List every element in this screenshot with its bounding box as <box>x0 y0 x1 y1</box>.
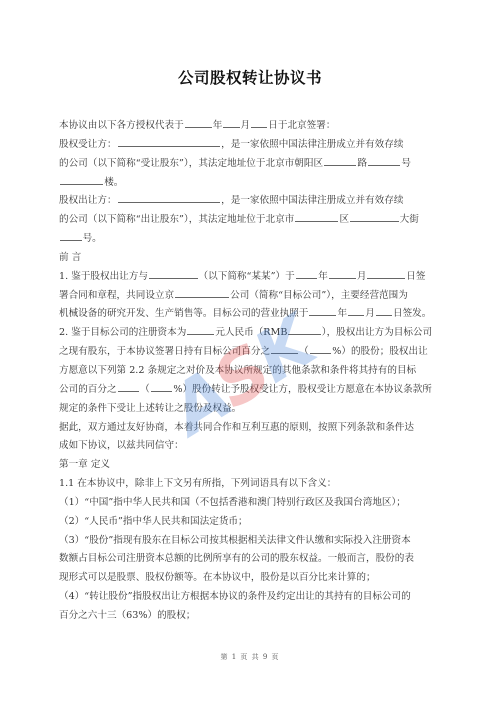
line-text: %）股份转让予股权受让方，股权受让方愿意在本协议条款所 <box>173 384 432 395</box>
document-title: 公司股权转让协议书 <box>0 66 500 88</box>
document-line: 方愿意以下列第 2.2 条规定之对价及本协议所规定的其他条款和条件将其持有的目标 <box>59 362 451 381</box>
document-line: 1. 鉴于股权出让方与（以下简称“某某”）于年月日签 <box>59 268 451 287</box>
document-line: 第一章 定义 <box>59 456 451 475</box>
line-text: 之现有股东，于本协议签署日持有目标公司百分之 <box>59 346 270 357</box>
document-line: 前 言 <box>59 249 451 268</box>
line-text: 年 <box>337 308 347 319</box>
line-text: 现形式可以是股票、股权份额等。在本协议中，股份是以百分比来计算的； <box>59 572 376 583</box>
line-text: （ <box>299 346 309 357</box>
line-text: 成如下协议，以兹共同信守： <box>59 440 184 451</box>
document-line: 本协议由以下各方授权代表于年月日于北京签署： <box>59 117 451 136</box>
line-text: 公司（简称“目标公司”），主要经营范围为 <box>230 290 408 301</box>
fill-in-blank <box>271 343 298 354</box>
line-text: ），股权出让方为目标公司 <box>322 327 432 338</box>
fill-in-blank <box>251 117 267 128</box>
fill-in-blank <box>185 117 212 128</box>
fill-in-blank <box>309 305 336 316</box>
document-line: 2. 鉴于目标公司的注册资本为元人民币（RMB），股权出让方为目标公司 <box>59 324 451 343</box>
line-text: （2）“人民币”指中华人民共和国法定货币； <box>59 516 248 527</box>
document-line: 据此，双方通过友好协商，本着共同合作和互利互惠的原则，按照下列条款和条件达 <box>59 419 451 438</box>
line-text: 规定的条件下受让上述转让之股份及权益。 <box>59 403 241 414</box>
line-text: 月 <box>357 271 367 282</box>
document-line: 的公司（以下简称“受让股东”），其法定地址位于北京市朝阳区路号 <box>59 155 451 174</box>
document-page: 公司股权转让协议书 本协议由以下各方授权代表于年月日于北京签署：股权受让方：，是… <box>0 0 500 706</box>
document-line: （2）“人民币”指中华人民共和国法定货币； <box>59 513 451 532</box>
fill-in-blank <box>329 268 356 279</box>
line-text: （4）“转让股份”指股权出让方根据本协议的条件及约定出让的其持有的目标公司的 <box>59 591 411 602</box>
document-body: 本协议由以下各方授权代表于年月日于北京签署：股权受让方：，是一家依照中国法律注册… <box>59 117 451 626</box>
document-line: 现形式可以是股票、股权份额等。在本协议中，股份是以百分比来计算的； <box>59 569 451 588</box>
line-text: 百分之六十三（63%）的股权； <box>59 610 195 621</box>
line-text: （1）“中国”指中华人民共和国（不包括香港和澳门特别行政区及我国台湾地区）； <box>59 497 406 508</box>
line-text: 月 <box>241 120 251 131</box>
fill-in-blank <box>348 305 364 316</box>
fill-in-blank <box>118 381 140 392</box>
fill-in-blank <box>367 268 405 279</box>
document-line: 楼。 <box>59 174 451 193</box>
fill-in-blank <box>118 192 221 203</box>
fill-in-blank <box>151 381 173 392</box>
page-number: 第 1 页 共 9 页 <box>0 652 500 662</box>
fill-in-blank <box>350 211 399 222</box>
fill-in-blank <box>60 230 82 241</box>
line-text: （3）“股份”指现有股东在目标公司按其根据相关法律文件认缴和实际投入注册资本 <box>59 535 411 546</box>
line-text: 年 <box>318 271 328 282</box>
line-text: 2. 鉴于目标公司的注册资本为 <box>59 327 186 338</box>
document-line: （4）“转让股份”指股权出让方根据本协议的条件及约定出让的其持有的目标公司的 <box>59 588 451 607</box>
fill-in-blank <box>310 343 332 354</box>
line-text: 方愿意以下列第 2.2 条规定之对价及本协议所规定的其他条款和条件将其持有的目标 <box>59 365 416 376</box>
line-text: 第一章 定义 <box>59 459 110 470</box>
fill-in-blank <box>324 155 356 166</box>
fill-in-blank <box>295 211 338 222</box>
document-line: 的公司（以下简称“出让股东”），其法定地址位于北京市区大街 <box>59 211 451 230</box>
document-line: 公司的百分之（%）股份转让予股权受让方，股权受让方愿意在本协议条款所 <box>59 381 451 400</box>
document-line: 股权受让方：，是一家依照中国法律注册成立并有效存续 <box>59 136 451 155</box>
fill-in-blank <box>149 268 198 279</box>
line-text: 1. 鉴于股权出让方与 <box>59 271 148 282</box>
document-line: 之现有股东，于本协议签署日持有目标公司百分之（%）的股份；股权出让 <box>59 343 451 362</box>
fill-in-blank <box>376 305 392 316</box>
line-text: 股权受让方： <box>59 139 117 150</box>
document-line: 署合同和章程，共同设立京公司（简称“目标公司”），主要经营范围为 <box>59 287 451 306</box>
document-line: 机械设备的研究开发、生产销售等。目标公司的营业执照于年月日签发。 <box>59 305 451 324</box>
fill-in-blank <box>175 287 229 298</box>
fill-in-blank <box>288 324 320 335</box>
document-line: （1）“中国”指中华人民共和国（不包括香港和澳门特别行政区及我国台湾地区）； <box>59 494 451 513</box>
line-text: ，是一家依照中国法律注册成立并有效存续 <box>221 139 403 150</box>
document-line: 规定的条件下受让上述转让之股份及权益。 <box>59 400 451 419</box>
fill-in-blank <box>60 174 103 185</box>
fill-in-blank <box>118 136 221 147</box>
line-text: 公司的百分之 <box>59 384 117 395</box>
fill-in-blank <box>223 117 239 128</box>
line-text: 元人民币（RMB <box>215 327 287 338</box>
line-text: %）的股份；股权出让 <box>332 346 427 357</box>
line-text: 1.1 在本协议中，除非上下文另有所指，下列词语具有以下含义： <box>59 478 336 489</box>
line-text: 本协议由以下各方授权代表于 <box>59 120 184 131</box>
line-text: 机械设备的研究开发、生产销售等。目标公司的营业执照于 <box>59 308 308 319</box>
line-text: 区 <box>339 214 349 225</box>
fill-in-blank <box>368 155 400 166</box>
line-text: 号。 <box>83 233 102 244</box>
line-text: （ <box>140 384 150 395</box>
line-text: 日签 <box>406 271 425 282</box>
line-text: 路 <box>357 158 367 169</box>
line-text: 月 <box>365 308 375 319</box>
document-line: 成如下协议，以兹共同信守： <box>59 437 451 456</box>
line-text: 楼。 <box>104 177 123 188</box>
line-text: （以下简称“某某”）于 <box>199 271 295 282</box>
fill-in-blank <box>296 268 318 279</box>
line-text: ，是一家依照中国法律注册成立并有效存续 <box>221 195 403 206</box>
line-text: 的公司（以下简称“出让股东”），其法定地址位于北京市 <box>59 214 294 225</box>
line-text: 号 <box>401 158 411 169</box>
line-text: 年 <box>213 120 223 131</box>
line-text: 署合同和章程，共同设立京 <box>59 290 174 301</box>
document-line: 股权出让方：，是一家依照中国法律注册成立并有效存续 <box>59 192 451 211</box>
line-text: 日于北京签署： <box>268 120 335 131</box>
line-text: 日签发。 <box>393 308 431 319</box>
line-text: 股权出让方： <box>59 195 117 206</box>
fill-in-blank <box>187 324 214 335</box>
document-line: 数额占目标公司注册资本总额的比例所享有的公司的股东权益。一般而言，股份的表 <box>59 550 451 569</box>
line-text: 据此，双方通过友好协商，本着共同合作和互利互惠的原则，按照下列条款和条件达 <box>59 422 414 433</box>
line-text: 大街 <box>400 214 419 225</box>
line-text: 的公司（以下简称“受让股东”），其法定地址位于北京市朝阳区 <box>59 158 323 169</box>
document-line: （3）“股份”指现有股东在目标公司按其根据相关法律文件认缴和实际投入注册资本 <box>59 532 451 551</box>
document-line: 百分之六十三（63%）的股权； <box>59 607 451 626</box>
line-text: 前 言 <box>59 252 81 263</box>
document-line: 1.1 在本协议中，除非上下文另有所指，下列词语具有以下含义： <box>59 475 451 494</box>
line-text: 数额占目标公司注册资本总额的比例所享有的公司的股东权益。一般而言，股份的表 <box>59 553 414 564</box>
document-line: 号。 <box>59 230 451 249</box>
